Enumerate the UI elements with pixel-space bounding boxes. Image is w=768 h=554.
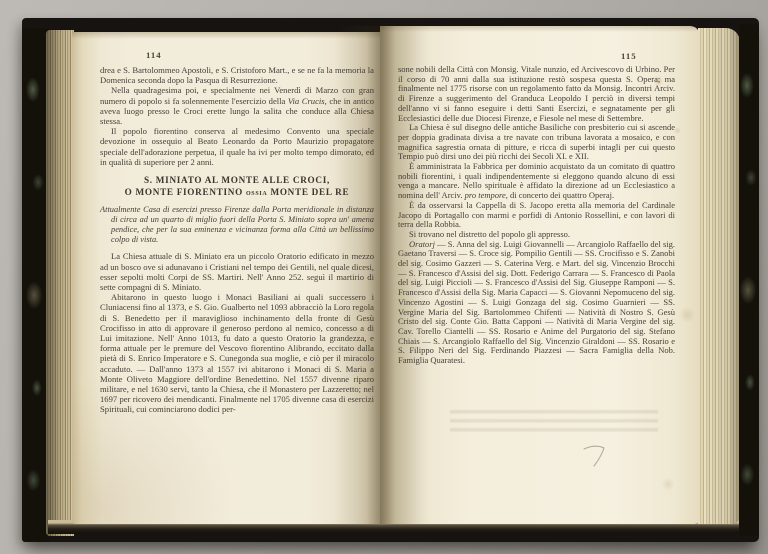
paragraph: La Chiesa è sul disegno delle antiche Ba…: [398, 123, 675, 162]
paragraph: È amministrata la Fabbrica per dominio a…: [398, 162, 675, 201]
paragraph: Abitarono in questo luogo i Monaci Basil…: [100, 292, 374, 414]
paragraph: La Chiesa attuale di S. Miniato era un p…: [100, 251, 374, 292]
paragraph: drea e S. Bartolommeo Apostoli, e S. Cri…: [100, 65, 374, 85]
page-number-right: 115: [621, 51, 637, 61]
section-heading: O MONTE FIORENTINO ossia MONTE DEL RE: [100, 187, 374, 197]
right-page: 115 sone nobili della Città con Monsig. …: [380, 26, 700, 524]
paragraph: Nella quadragesima poi, e specialmente n…: [100, 85, 374, 126]
left-page-text-column: drea e S. Bartolommeo Apostoli, e S. Cri…: [100, 65, 374, 415]
paragraph: Oratorj — S. Anna del sig. Luigi Giovann…: [398, 240, 675, 366]
fore-edge-page-stack: [698, 28, 740, 524]
left-page: 114 drea e S. Bartolommeo Apostoli, e S.…: [72, 32, 382, 524]
paragraph: Attualmente Casa di esercizi presso Fire…: [100, 205, 374, 245]
right-page-text-column: sone nobili della Città con Monsig. Vita…: [398, 65, 675, 366]
left-page-edge-stack: [46, 30, 74, 536]
show-through-text: [450, 410, 658, 437]
open-book: 114 drea e S. Bartolommeo Apostoli, e S.…: [22, 18, 759, 542]
section-heading: S. MINIATO AL MONTE ALLE CROCI,: [100, 175, 374, 185]
paragraph: È da osservarsi la Cappella di S. Jacopo…: [398, 201, 675, 230]
left-cover-edge: [22, 28, 49, 542]
page-number-left: 114: [146, 50, 162, 60]
paragraph: sone nobili della Città con Monsig. Vita…: [398, 65, 675, 123]
paragraph: Il popolo fiorentino conserva al medesim…: [100, 126, 374, 167]
pencil-mark: [580, 442, 610, 470]
photo-of-open-book: { "colors": { "background_gray": "#b4b1a…: [0, 0, 768, 554]
right-cover-edge: [739, 24, 759, 536]
